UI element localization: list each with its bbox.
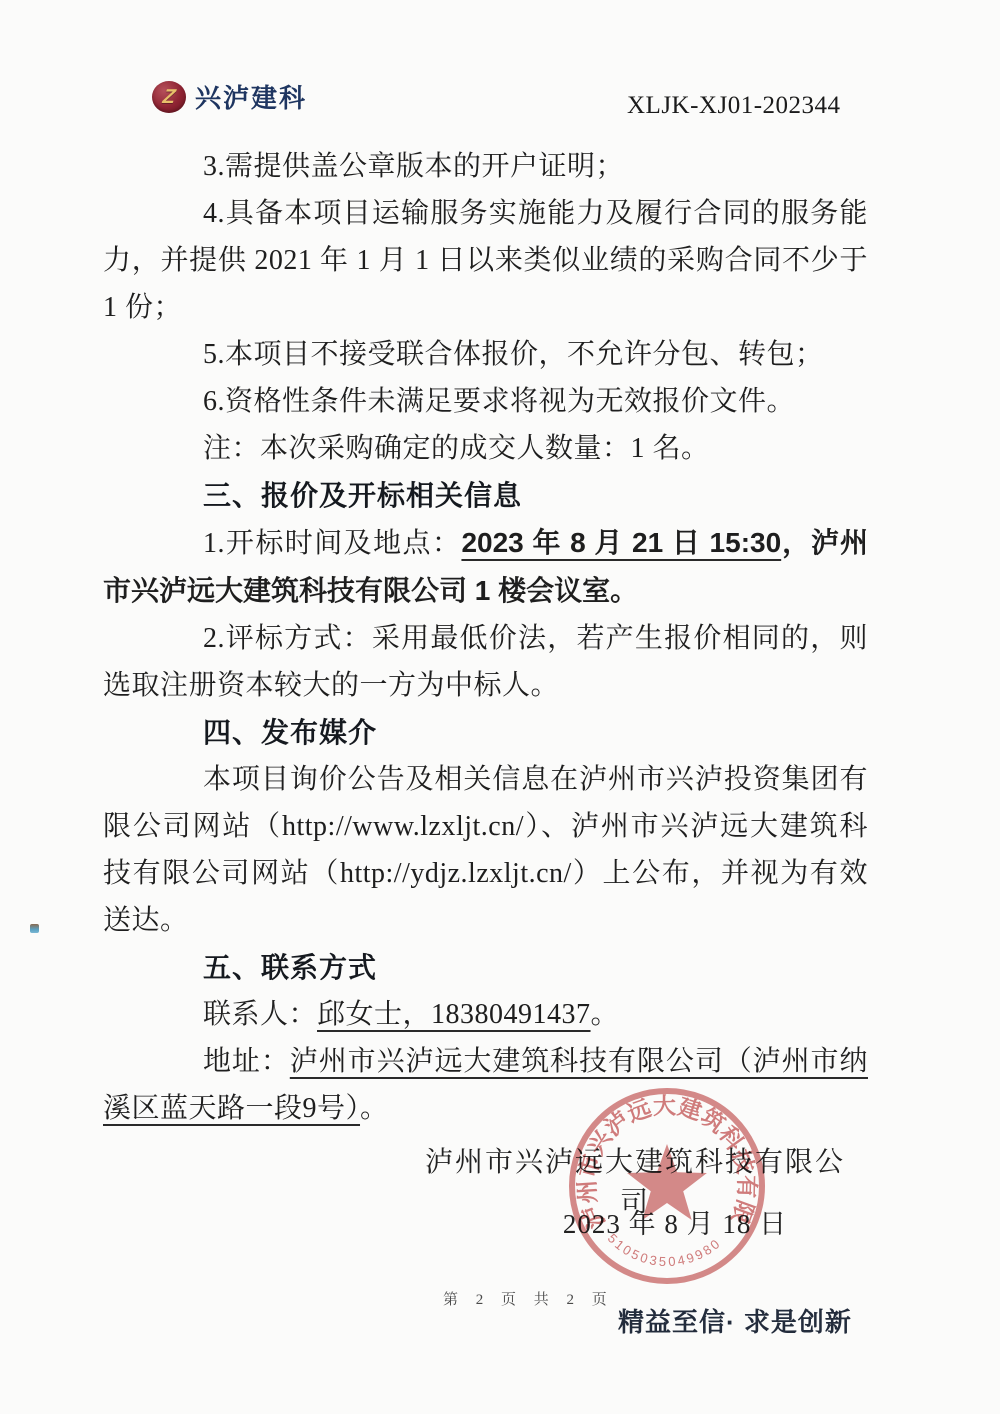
logo-z-glyph: Z [161, 87, 176, 107]
seal-number: 5105035049980 [605, 1231, 724, 1270]
publish-media-line: 本项目询价公告及相关信息在泸州市兴泸投资集团有限公司网站（http://www.… [103, 756, 868, 944]
company-logo-text: 兴泸建科 [195, 78, 307, 115]
company-logo: Z 兴泸建科 [152, 78, 307, 115]
contact-value: 邱女士，18380491437 [317, 999, 591, 1030]
document-body: 3.需提供盖公章版本的开户证明； 4.具备本项目运输服务实施能力及履行合同的服务… [103, 143, 868, 1132]
star-icon [627, 1144, 707, 1220]
clause-4: 4.具备本项目运输服务实施能力及履行合同的服务能力，并提供 2021 年 1 月… [103, 190, 868, 331]
evaluation-method-line: 2.评标方式：采用最低价法，若产生报价相同的，则选取注册资本较大的一方为中标人。 [103, 615, 868, 709]
document-number: XLJK-XJ01-202344 [627, 92, 837, 120]
clause-3: 3.需提供盖公章版本的开户证明； [103, 143, 868, 190]
note-line: 注：本次采购确定的成交人数量：1 名。 [103, 425, 868, 472]
company-seal-stamp: 泸州市兴泸远大建筑科技有限公司 5105035049980 [557, 1076, 777, 1296]
company-logo-icon: Z [152, 81, 186, 113]
bid-prefix: 1.开标时间及地点： [203, 528, 461, 559]
section-heading-4: 四、发布媒介 [103, 709, 868, 756]
contact-suffix: 。 [591, 999, 620, 1030]
bid-datetime: 2023 年 8 月 21 日 15:30 [461, 527, 781, 558]
document-page: Z 兴泸建科 XLJK-XJ01-202344 3.需提供盖公章版本的开户证明；… [0, 0, 1000, 1414]
contact-line: 联系人：邱女士，18380491437。 [103, 991, 868, 1038]
clause-5: 5.本项目不接受联合体报价，不允许分包、转包； [103, 331, 868, 378]
section-heading-5: 五、联系方式 [103, 944, 868, 991]
section-heading-3: 三、报价及开标相关信息 [103, 472, 868, 519]
document-header: Z 兴泸建科 XLJK-XJ01-202344 [0, 0, 1000, 140]
address-suffix: 。 [360, 1093, 389, 1124]
bid-info-line: 1.开标时间及地点：2023 年 8 月 21 日 15:30，泸州市兴泸远大建… [103, 519, 868, 615]
footer-slogan: 精益至信· 求是创新 [618, 1302, 878, 1339]
clause-6: 6.资格性条件未满足要求将视为无效报价文件。 [103, 378, 868, 425]
contact-prefix: 联系人： [203, 999, 317, 1030]
scan-artifact-dot [30, 924, 39, 933]
address-prefix: 地址： [203, 1046, 290, 1077]
